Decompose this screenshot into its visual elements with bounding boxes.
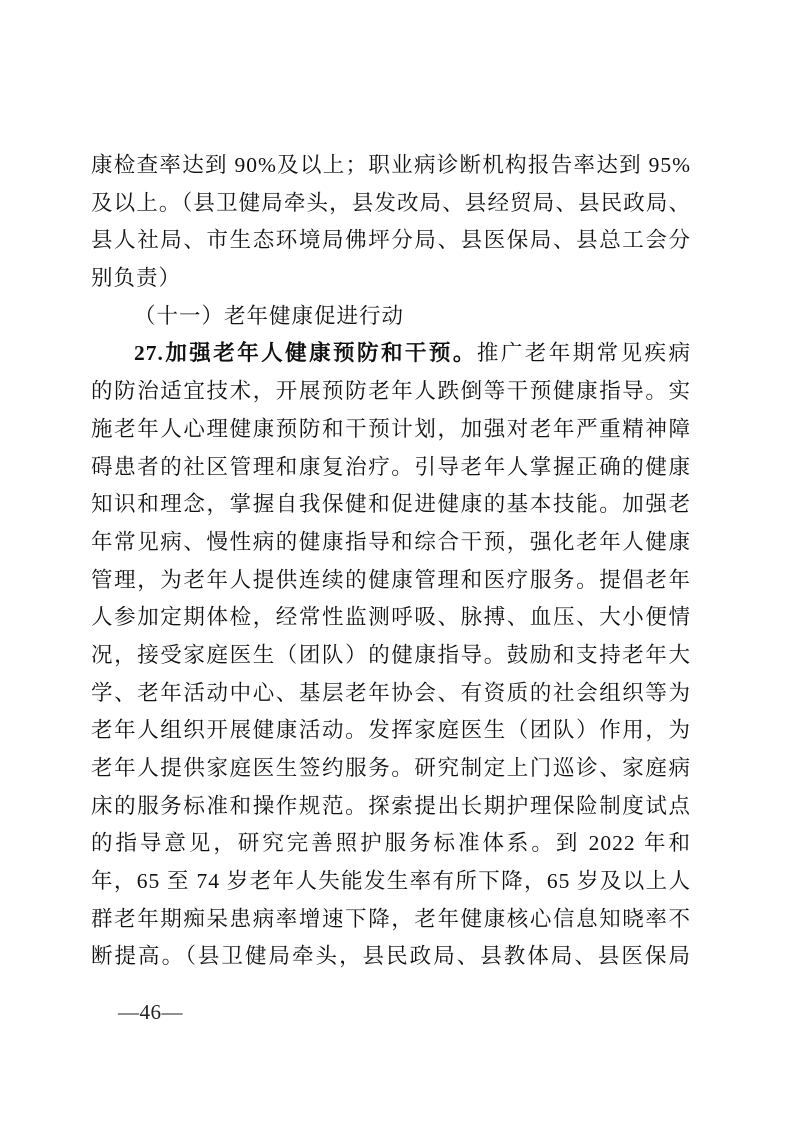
text-line: 年常见病、慢性病的健康指导和综合干预，强化老年人健康 (91, 524, 691, 562)
line-text: 群老年期痴呆患病率增速下降，老年健康核心信息知晓率不 (91, 907, 691, 931)
line-text: 老年人提供家庭医生签约服务。研究制定上门巡诊、家庭病 (91, 756, 691, 780)
line-text: 县人社局、市生态环境局佛坪分局、县医保局、县总工会分 (91, 228, 691, 252)
text-line: 床的服务标准和操作规范。探索提出长期护理保险制度试点 (91, 788, 691, 826)
line-text: 推广老年期常见疾病 (477, 341, 691, 365)
text-line: 老年人提供家庭医生签约服务。研究制定上门巡诊、家庭病 (91, 750, 691, 788)
text-line: 知识和理念，掌握自我保健和促进健康的基本技能。加强老 (91, 486, 691, 524)
line-text: 学、老年活动中心、基层老年协会、有资质的社会组织等为 (91, 681, 691, 705)
line-text: 康检查率达到 90%及以上；职业病诊断机构报告率达到 95% (91, 153, 691, 177)
line-text: 的指导意见，研究完善照护服务标准体系。到 2022 年和 2030 (91, 831, 691, 863)
text-line: 人参加定期体检，经常性监测呼吸、脉搏、血压、大小便情 (91, 599, 691, 637)
item-number-bold-lead: 27.加强老年人健康预防和干预。 (134, 341, 477, 365)
text-line: 学、老年活动中心、基层老年协会、有资质的社会组织等为 (91, 675, 691, 713)
text-line: 管理，为老年人提供连续的健康管理和医疗服务。提倡老年 (91, 562, 691, 600)
text-line: 碍患者的社区管理和康复治疗。引导老年人掌握正确的健康 (91, 449, 691, 487)
line-text: 知识和理念，掌握自我保健和促进健康的基本技能。加强老 (91, 492, 691, 516)
text-line: 况，接受家庭医生（团队）的健康指导。鼓励和支持老年大 (91, 637, 691, 675)
text-line: 年，65 至 74 岁老年人失能发生率有所下降，65 岁及以上人 (91, 863, 691, 901)
line-text: 老年人组织开展健康活动。发挥家庭医生（团队）作用，为 (91, 718, 691, 742)
section-heading-line: （十一）老年健康促进行动 (91, 298, 691, 336)
text-line: 群老年期痴呆患病率增速下降，老年健康核心信息知晓率不 (91, 901, 691, 939)
text-line: 的防治适宜技术，开展预防老年人跌倒等干预健康指导。实 (91, 373, 691, 411)
line-text: （十一）老年健康促进行动 (134, 304, 404, 328)
text-line: 及以上。（县卫健局牵头，县发改局、县经贸局、县民政局、 (91, 185, 691, 223)
line-text: 人参加定期体检，经常性监测呼吸、脉搏、血压、大小便情 (91, 605, 691, 629)
line-text: 及以上。（县卫健局牵头，县发改局、县经贸局、县民政局、 (91, 191, 691, 215)
page-number: —46— (118, 1000, 183, 1024)
line-text: 年常见病、慢性病的健康指导和综合干预，强化老年人健康 (91, 530, 691, 554)
text-line: 的指导意见，研究完善照护服务标准体系。到 2022 年和 2030 (91, 825, 691, 863)
document-page: 康检查率达到 90%及以上；职业病诊断机构报告率达到 95%及以上。（县卫健局牵… (0, 0, 793, 1122)
line-text: 的防治适宜技术，开展预防老年人跌倒等干预健康指导。实 (91, 379, 691, 403)
text-line: 断提高。（县卫健局牵头，县民政局、县教体局、县医保局 (91, 938, 691, 976)
line-text: 断提高。（县卫健局牵头，县民政局、县教体局、县医保局 (91, 944, 691, 968)
text-line: 别负责） (91, 260, 691, 298)
line-text: 碍患者的社区管理和康复治疗。引导老年人掌握正确的健康 (91, 455, 691, 479)
line-text: 况，接受家庭医生（团队）的健康指导。鼓励和支持老年大 (91, 643, 691, 667)
line-text: 别负责） (91, 266, 181, 290)
line-text: 管理，为老年人提供连续的健康管理和医疗服务。提倡老年 (91, 568, 691, 592)
text-line: 县人社局、市生态环境局佛坪分局、县医保局、县总工会分 (91, 222, 691, 260)
document-body: 康检查率达到 90%及以上；职业病诊断机构报告率达到 95%及以上。（县卫健局牵… (91, 147, 691, 976)
line-text: 年，65 至 74 岁老年人失能发生率有所下降，65 岁及以上人 (91, 869, 691, 893)
text-line: 施老年人心理健康预防和干预计划，加强对老年严重精神障 (91, 411, 691, 449)
text-line: 老年人组织开展健康活动。发挥家庭医生（团队）作用，为 (91, 712, 691, 750)
line-text: 施老年人心理健康预防和干预计划，加强对老年严重精神障 (91, 417, 691, 441)
line-text: 床的服务标准和操作规范。探索提出长期护理保险制度试点 (91, 794, 691, 818)
text-line: 康检查率达到 90%及以上；职业病诊断机构报告率达到 95% (91, 147, 691, 185)
numbered-item-line: 27.加强老年人健康预防和干预。推广老年期常见疾病 (91, 335, 691, 373)
